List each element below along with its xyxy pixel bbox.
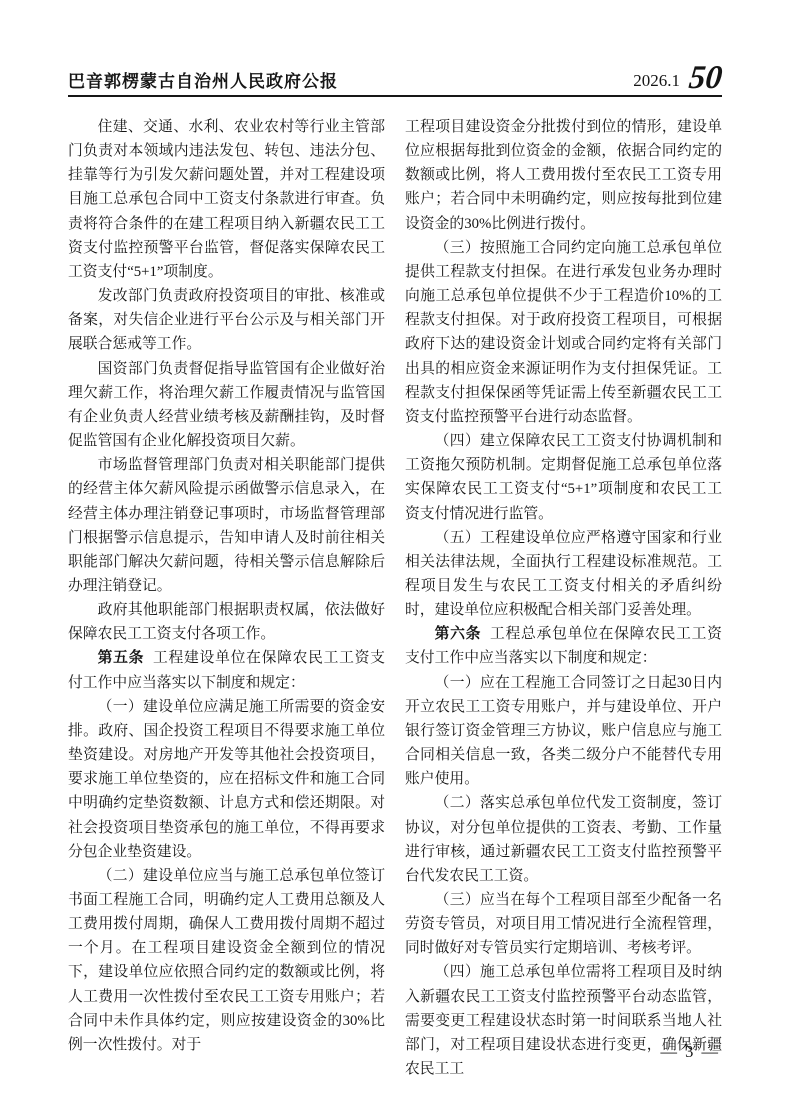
header-divider (68, 95, 722, 97)
paragraph: （一）建设单位应满足施工所需要的资金安排。政府、国企投资工程项目不得要求施工单位… (68, 695, 385, 864)
article-number: 第五条 (98, 650, 145, 666)
gazette-title: 巴音郭楞蒙古自治州人民政府公报 (68, 67, 338, 94)
document-body: 住建、交通、水利、农业农村等行业主管部门负责对本领域内违法发包、转包、违法分包、… (68, 115, 722, 1081)
paragraph: （五）工程建设单位应严格遵守国家和行业相关法律法规，全面执行工程建设标准规范。工… (405, 526, 722, 623)
paragraph: （三）应当在每个工程项目部至少配备一名劳资专管员，对项目用工情况进行全流程管理，… (405, 888, 722, 960)
issue-info: 2026.1 50 (633, 63, 722, 94)
paragraph: （四）施工总承包单位需将工程项目及时纳入新疆农民工工资支付监控预警平台动态监管，… (405, 960, 722, 1081)
paragraph: （四）建立保障农民工工资支付协调机制和工资拖欠预防机制。定期督促施工总承包单位落… (405, 429, 722, 526)
paragraph: （二）落实总承包单位代发工资制度，签订协议，对分包单位提供的工资表、考勤、工作量… (405, 791, 722, 888)
paragraph: 第六条工程总承包单位在保障农民工工资支付工作中应当落实以下制度和规定： (405, 622, 722, 670)
article-number: 第六条 (435, 626, 482, 642)
paragraph: （二）建设单位应当与施工总承包单位签订书面工程施工合同，明确约定人工费用总额及人… (68, 864, 385, 1057)
left-column: 住建、交通、水利、农业农村等行业主管部门负责对本领域内违法发包、转包、违法分包、… (68, 115, 385, 1081)
paragraph: 市场监督管理部门负责对相关职能部门提供的经营主体欠薪风险提示函做警示信息录入，在… (68, 453, 385, 598)
paragraph: 政府其他职能部门根据职责权属，依法做好保障农民工工资支付各项工作。 (68, 598, 385, 646)
issue-date: 2026.1 (633, 71, 680, 94)
right-column: 工程项目建设资金分批拨付到位的情形，建设单位应根据每批到位资金的金额，依据合同约… (405, 115, 722, 1081)
paragraph: （三）按照施工合同约定向施工总承包单位提供工程款支付担保。在进行承发包业务办理时… (405, 236, 722, 429)
paragraph: 住建、交通、水利、农业农村等行业主管部门负责对本领域内违法发包、转包、违法分包、… (68, 115, 385, 284)
paragraph: 国资部门负责督促指导监管国有企业做好治理欠薪工作，将治理欠薪工作履责情况与监管国… (68, 357, 385, 454)
paragraph: 发改部门负责政府投资项目的审批、核准或备案，对失信企业进行平台公示及与相关部门开… (68, 284, 385, 356)
gazette-page: 巴音郭楞蒙古自治州人民政府公报 2026.1 50 住建、交通、水利、农业农村等… (0, 0, 790, 1118)
paragraph: （一）应在工程施工合同签订之日起30日内开立农民工工资专用账户，并与建设单位、开… (405, 671, 722, 792)
paragraph: 第五条工程建设单位在保障农民工工资支付工作中应当落实以下制度和规定： (68, 646, 385, 694)
page-header: 巴音郭楞蒙古自治州人民政府公报 2026.1 50 (68, 56, 722, 94)
paragraph: 工程项目建设资金分批拨付到位的情形，建设单位应根据每批到位资金的金额，依据合同约… (405, 115, 722, 236)
issue-number: 50 (687, 63, 723, 94)
page-number: — 3 — (661, 1042, 721, 1062)
